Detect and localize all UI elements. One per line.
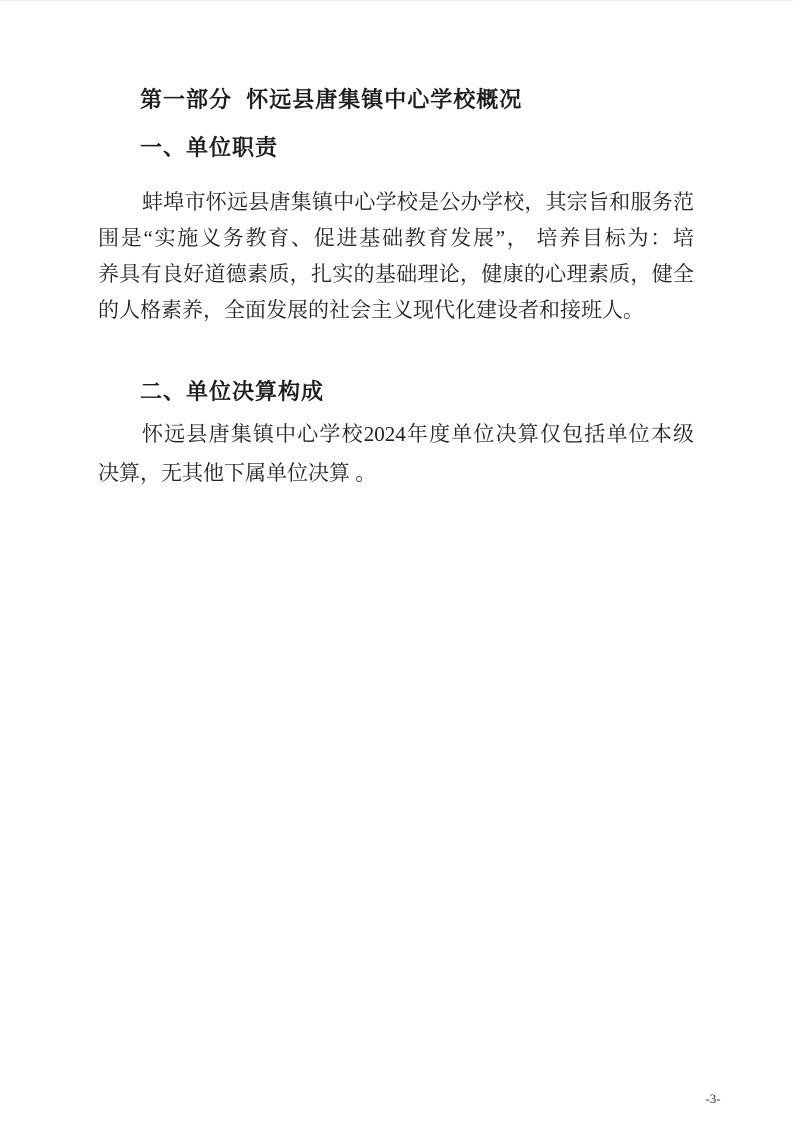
page-number: -3- bbox=[698, 1091, 728, 1107]
part-title: 第一部分 怀远县唐集镇中心学校概况 bbox=[140, 85, 522, 115]
paragraph-line: 的人格素养，全面发展的社会主义现代化建设者和接班人。 bbox=[98, 292, 694, 328]
document-page: 第一部分 怀远县唐集镇中心学校概况 一、单位职责 蚌埠市怀远县唐集镇中心学校是公… bbox=[0, 0, 793, 1122]
section-2-paragraph: 怀远县唐集镇中心学校2024年度单位决算仅包括单位本级 决算，无其他下属单位决算… bbox=[98, 415, 694, 493]
section-1-paragraph: 蚌埠市怀远县唐集镇中心学校是公办学校，其宗旨和服务范 围是“实施义务教育、促进基… bbox=[98, 184, 694, 328]
section-2-heading: 二、单位决算构成 bbox=[140, 378, 324, 406]
section-1-heading: 一、单位职责 bbox=[140, 134, 278, 162]
paragraph-line: 怀远县唐集镇中心学校2024年度单位决算仅包括单位本级 bbox=[98, 415, 694, 454]
paragraph-line: 养具有良好道德素质，扎实的基础理论，健康的心理素质，健全 bbox=[98, 256, 694, 292]
paragraph-line: 决算，无其他下属单位决算 。 bbox=[98, 454, 694, 493]
paragraph-line: 围是“实施义务教育、促进基础教育发展”， 培养目标为：培 bbox=[98, 220, 694, 256]
paragraph-line: 蚌埠市怀远县唐集镇中心学校是公办学校，其宗旨和服务范 bbox=[98, 184, 694, 220]
